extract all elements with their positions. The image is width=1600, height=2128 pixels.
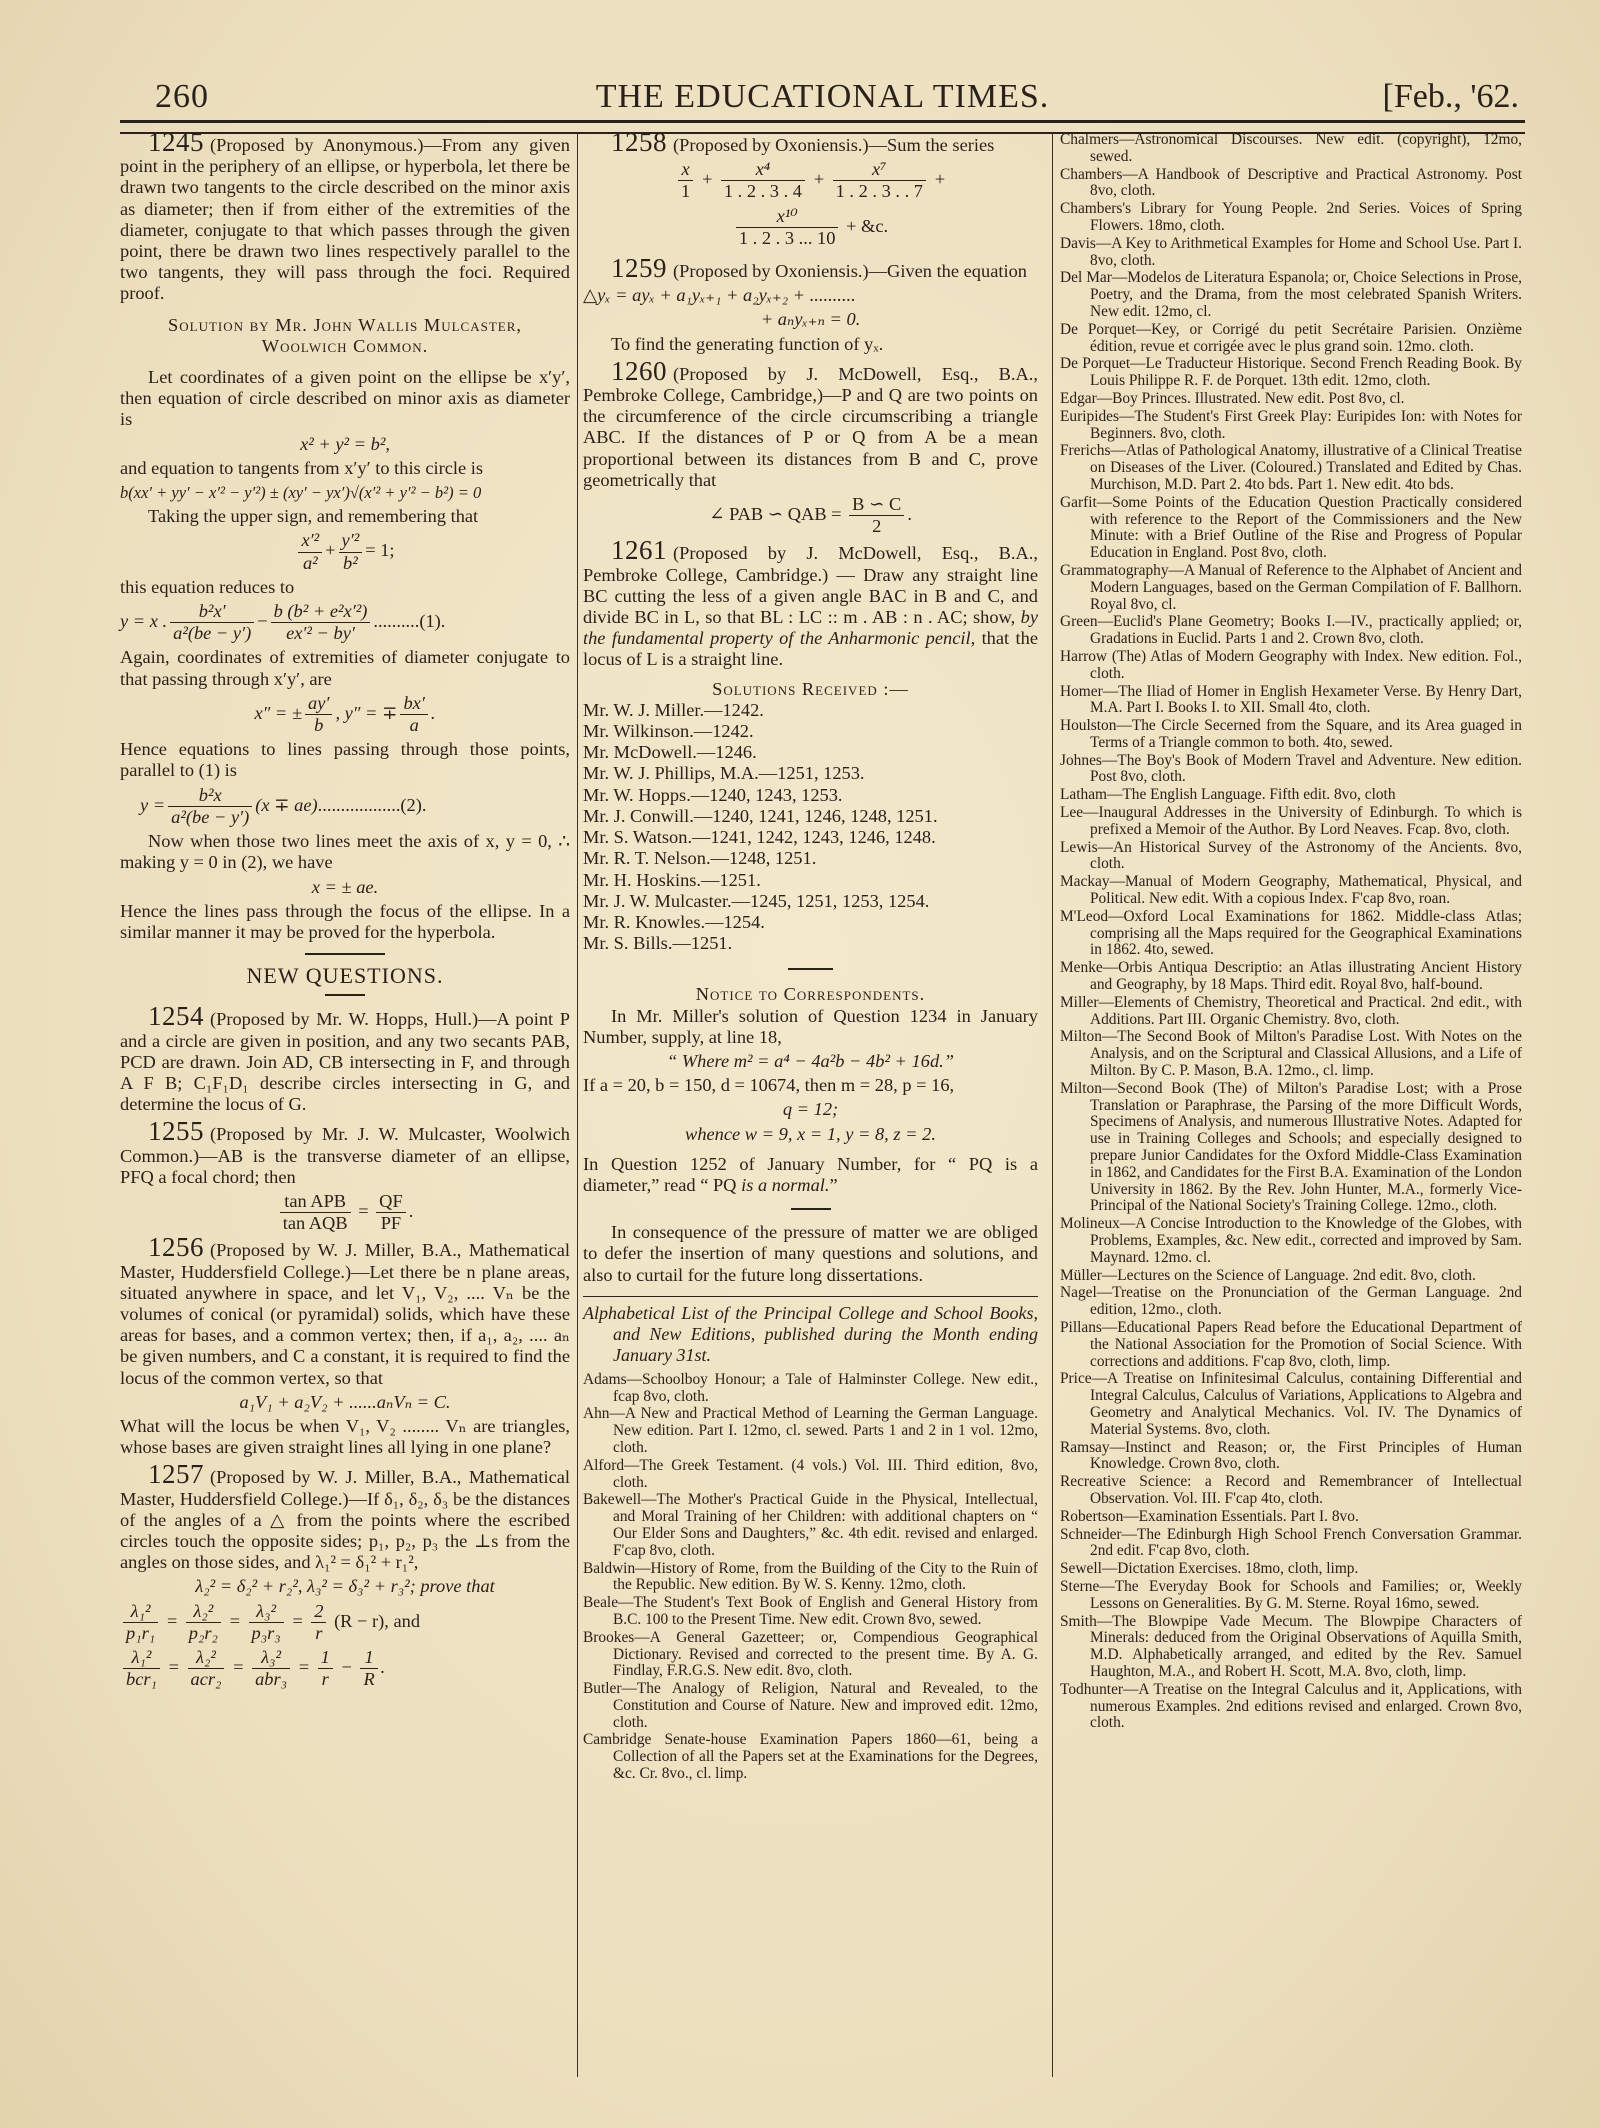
book-entry: Milton—The Second Book of Milton's Parad… [1060,1029,1522,1079]
equation: △yₓ = ayₓ + a₁yₓ₊₁ + a₂yₓ₊₂ + .......... [583,285,1038,306]
notice-heading: Notice to Correspondents. [583,984,1038,1005]
book-entry: Milton—Second Book (The) of Milton's Par… [1060,1081,1522,1215]
equation: tan APBtan AQB = QFPF. [120,1191,570,1234]
equation: x = ± ae. [120,877,570,898]
equation: y =b²xa²(be − y′)(x ∓ ae)...............… [120,785,570,828]
notice-paragraph: If a = 20, b = 150, d = 10674, then m = … [583,1075,1038,1096]
book-entry: Chambers's Library for Young People. 2nd… [1060,201,1522,235]
equation: x² + y² = b², [120,434,570,455]
book-entry: Lewis—An Historical Survey of the Astron… [1060,840,1522,874]
equation: x1 + x⁴1 . 2 . 3 . 4 + x⁷1 . 2 . 3 . . 7… [583,159,1038,202]
solution-paragraph: Hence equations to lines passing through… [120,739,570,781]
book-entry: Baldwin—History of Rome, from the Buildi… [583,1561,1038,1595]
book-entry: Pillans—Educational Papers Read before t… [1060,1320,1522,1370]
book-entry: Miller—Elements of Chemistry, Theoretica… [1060,995,1522,1029]
book-entry: M'Leod—Oxford Local Examinations for 186… [1060,909,1522,959]
equation: q = 12; [583,1099,1038,1120]
solution-paragraph: Now when those two lines meet the axis o… [120,831,570,873]
section-heading: NEW QUESTIONS. [120,965,570,986]
column-2: 1258(Proposed by Oxoniensis.)—Sum the se… [583,132,1038,1784]
book-entry: Alford—The Greek Testament. (4 vols.) Vo… [583,1458,1038,1492]
book-entry: Grammatography—A Manual of Reference to … [1060,563,1522,613]
column-3-book-list: Chalmers—Astronomical Discourses. New ed… [1060,132,1522,1733]
book-entry: Sewell—Dictation Exercises. 18mo, cloth,… [1060,1561,1522,1578]
book-entry: Recreative Science: a Record and Remembr… [1060,1474,1522,1508]
book-entry: Lee—Inaugural Addresses in the Universit… [1060,805,1522,839]
solution-paragraph: Again, coordinates of extremities of dia… [120,647,570,689]
equation: x¹⁰1 . 2 . 3 ... 10 + &c. [583,206,1038,249]
question-1259: 1259(Proposed by Oxoniensis.)—Given the … [583,258,1038,282]
question-1260: 1260(Proposed by J. McDowell, Esq., B.A.… [583,361,1038,491]
equation: x′²a²+y′²b²= 1; [120,530,570,573]
solution-heading-location: Woolwich Common. [120,336,570,357]
book-entry: Frerichs—Atlas of Pathological Anatomy, … [1060,443,1522,493]
book-entry: Smith—The Blowpipe Vade Mecum. The Blowp… [1060,1614,1522,1681]
question-1258: 1258(Proposed by Oxoniensis.)—Sum the se… [583,132,1038,156]
book-entry: Del Mar—Modelos de Literatura Espanola; … [1060,270,1522,320]
solution-paragraph: Taking the upper sign, and remembering t… [120,506,570,527]
book-entry: Chalmers—Astronomical Discourses. New ed… [1060,132,1522,166]
list-item: Mr. W. J. Phillips, M.A.—1251, 1253. [583,763,1038,784]
equation: x″ = ±ay′b, y″ = ∓bx′a. [120,693,570,736]
question-1255: 1255(Proposed by Mr. J. W. Mulcaster, Wo… [120,1121,570,1188]
solution-paragraph: Hence the lines pass through the focus o… [120,901,570,943]
book-list-heading: Alphabetical List of the Principal Colle… [583,1303,1038,1366]
question-text: To find the generating function of yₓ. [583,334,1038,355]
solution-paragraph: this equation reduces to [120,577,570,598]
equation: “ Where m² = a⁴ − 4a²b − 4b² + 16d.” [583,1051,1038,1072]
question-1245: 1245(Proposed by Anonymous.)—From any gi… [120,132,570,305]
solution-heading: Solution by Mr. John Wallis Mulcaster, [120,315,570,336]
book-entry: Mackay—Manual of Modern Geography, Mathe… [1060,874,1522,908]
book-entry: Schneider—The Edinburgh High School Fren… [1060,1527,1522,1561]
question-1256: 1256(Proposed by W. J. Miller, B.A., Mat… [120,1237,570,1388]
equation: whence w = 9, x = 1, y = 8, z = 2. [583,1124,1038,1145]
book-entry: Müller—Lectures on the Science of Langua… [1060,1268,1522,1285]
section-divider [305,953,385,955]
column-1: 1245(Proposed by Anonymous.)—From any gi… [120,132,570,1693]
equation: λ₁²bcr₁ = λ₂²acr₂ = λ₃²abr₃ = 1r − 1R. [120,1647,570,1690]
book-entry: Homer—The Iliad of Homer in English Hexa… [1060,684,1522,718]
book-entry: De Porquet—Key, or Corrigé du petit Secr… [1060,322,1522,356]
book-entry: Harrow (The) Atlas of Modern Geography w… [1060,649,1522,683]
list-item: Mr. J. Conwill.—1240, 1241, 1246, 1248, … [583,806,1038,827]
column-divider [1052,132,1053,2077]
equation: a₁V₁ + a₂V₂ + ......aₙVₙ = C. [120,1392,570,1413]
question-1261: 1261(Proposed by J. McDowell, Esq., B.A.… [583,540,1038,670]
book-entry: Adams—Schoolboy Honour; a Tale of Halmin… [583,1372,1038,1406]
equation: b(xx′ + yy′ − x′² − y′²) ± (xy′ − yx′)√(… [120,482,570,503]
notice-paragraph: In Mr. Miller's solution of Question 123… [583,1006,1038,1048]
book-entry: Menke—Orbis Antiqua Descriptio: an Atlas… [1060,960,1522,994]
equation: + aₙyₓ₊ₙ = 0. [583,309,1038,330]
book-entry: Green—Euclid's Plane Geometry; Books I.—… [1060,614,1522,648]
book-entry: Beale—The Student's Text Book of English… [583,1595,1038,1629]
section-divider [791,1208,831,1210]
book-entry: Sterne—The Everyday Book for Schools and… [1060,1579,1522,1613]
question-1257: 1257(Proposed by W. J. Miller, B.A., Mat… [120,1464,570,1573]
solutions-received-list: Mr. W. J. Miller.—1242. Mr. Wilkinson.—1… [583,700,1038,954]
section-divider [788,968,833,970]
equation: y = x .b²x′a²(be − y′)−b (b² + e²x′²)ex′… [120,601,570,644]
question-text: What will the locus be when V₁, V₂ .....… [120,1416,570,1458]
solution-paragraph: Let coordinates of a given point on the … [120,367,570,431]
book-entry: Houlston—The Circle Secerned from the Sq… [1060,718,1522,752]
equation: ∠ PAB ∽ QAB = B ∽ C2. [583,494,1038,537]
list-item: Mr. S. Watson.—1241, 1242, 1243, 1246, 1… [583,827,1038,848]
solution-paragraph: and equation to tangents from x′y′ to th… [120,458,570,479]
solutions-received-heading: Solutions Received :— [583,679,1038,700]
book-entry: Chambers—A Handbook of Descriptive and P… [1060,167,1522,201]
list-item: Mr. Wilkinson.—1242. [583,721,1038,742]
book-entry: Brookes—A General Gazetteer; or, Compend… [583,1630,1038,1680]
book-entry: Cambridge Senate-house Examination Paper… [583,1732,1038,1782]
book-entry: Ramsay—Instinct and Reason; or, the Firs… [1060,1440,1522,1474]
list-item: Mr. W. Hopps.—1240, 1243, 1253. [583,785,1038,806]
notice-paragraph: In consequence of the pressure of matter… [583,1222,1038,1286]
book-entry: Euripides—The Student's First Greek Play… [1060,409,1522,443]
section-divider [583,1296,1038,1297]
equation: λ₂² = δ₂² + r₂², λ₃² = δ₃² + r₃²; prove … [120,1576,570,1597]
equation: λ₁²p₁r₁ = λ₂²p₂r₂ = λ₃²p₃r₃ = 2r (R − r)… [120,1601,570,1644]
column-divider [577,132,578,2077]
book-entry: Garfit—Some Points of the Education Ques… [1060,495,1522,562]
list-item: Mr. H. Hoskins.—1251. [583,870,1038,891]
book-entry: Latham—The English Language. Fifth edit.… [1060,787,1522,804]
book-entry: Bakewell—The Mother's Practical Guide in… [583,1492,1038,1559]
list-item: Mr. McDowell.—1246. [583,742,1038,763]
issue-date: [Feb., '62. [1383,78,1519,116]
publication-title: THE EDUCATIONAL TIMES. [120,78,1525,116]
list-item: Mr. J. W. Mulcaster.—1245, 1251, 1253, 1… [583,891,1038,912]
book-entry: Molineux—A Concise Introduction to the K… [1060,1216,1522,1266]
book-entry: Price—A Treatise on Infinitesimal Calcul… [1060,1371,1522,1438]
list-item: Mr. W. J. Miller.—1242. [583,700,1038,721]
book-entry: Ahn—A New and Practical Method of Learni… [583,1406,1038,1456]
question-number: 1245 [148,127,204,157]
list-item: Mr. R. T. Nelson.—1248, 1251. [583,848,1038,869]
book-entry: Johnes—The Boy's Book of Modern Travel a… [1060,753,1522,787]
question-1254: 1254(Proposed by Mr. W. Hopps, Hull.)—A … [120,1006,570,1115]
book-entry: Robertson—Examination Essentials. Part I… [1060,1509,1522,1526]
list-item: Mr. S. Bills.—1251. [583,933,1038,954]
book-entry: Nagel—Treatise on the Pronunciation of t… [1060,1285,1522,1319]
book-entry: De Porquet—Le Traducteur Historique. Sec… [1060,356,1522,390]
book-entry: Todhunter—A Treatise on the Integral Cal… [1060,1682,1522,1732]
section-divider [325,994,365,996]
book-entry: Butler—The Analogy of Religion, Natural … [583,1681,1038,1731]
notice-paragraph: In Question 1252 of January Number, for … [583,1154,1038,1196]
book-entry: Edgar—Boy Princes. Illustrated. New edit… [1060,391,1522,408]
list-item: Mr. R. Knowles.—1254. [583,912,1038,933]
newspaper-page: 260 THE EDUCATIONAL TIMES. [Feb., '62. 1… [0,0,1600,2128]
book-entry: Davis—A Key to Arithmetical Examples for… [1060,236,1522,270]
